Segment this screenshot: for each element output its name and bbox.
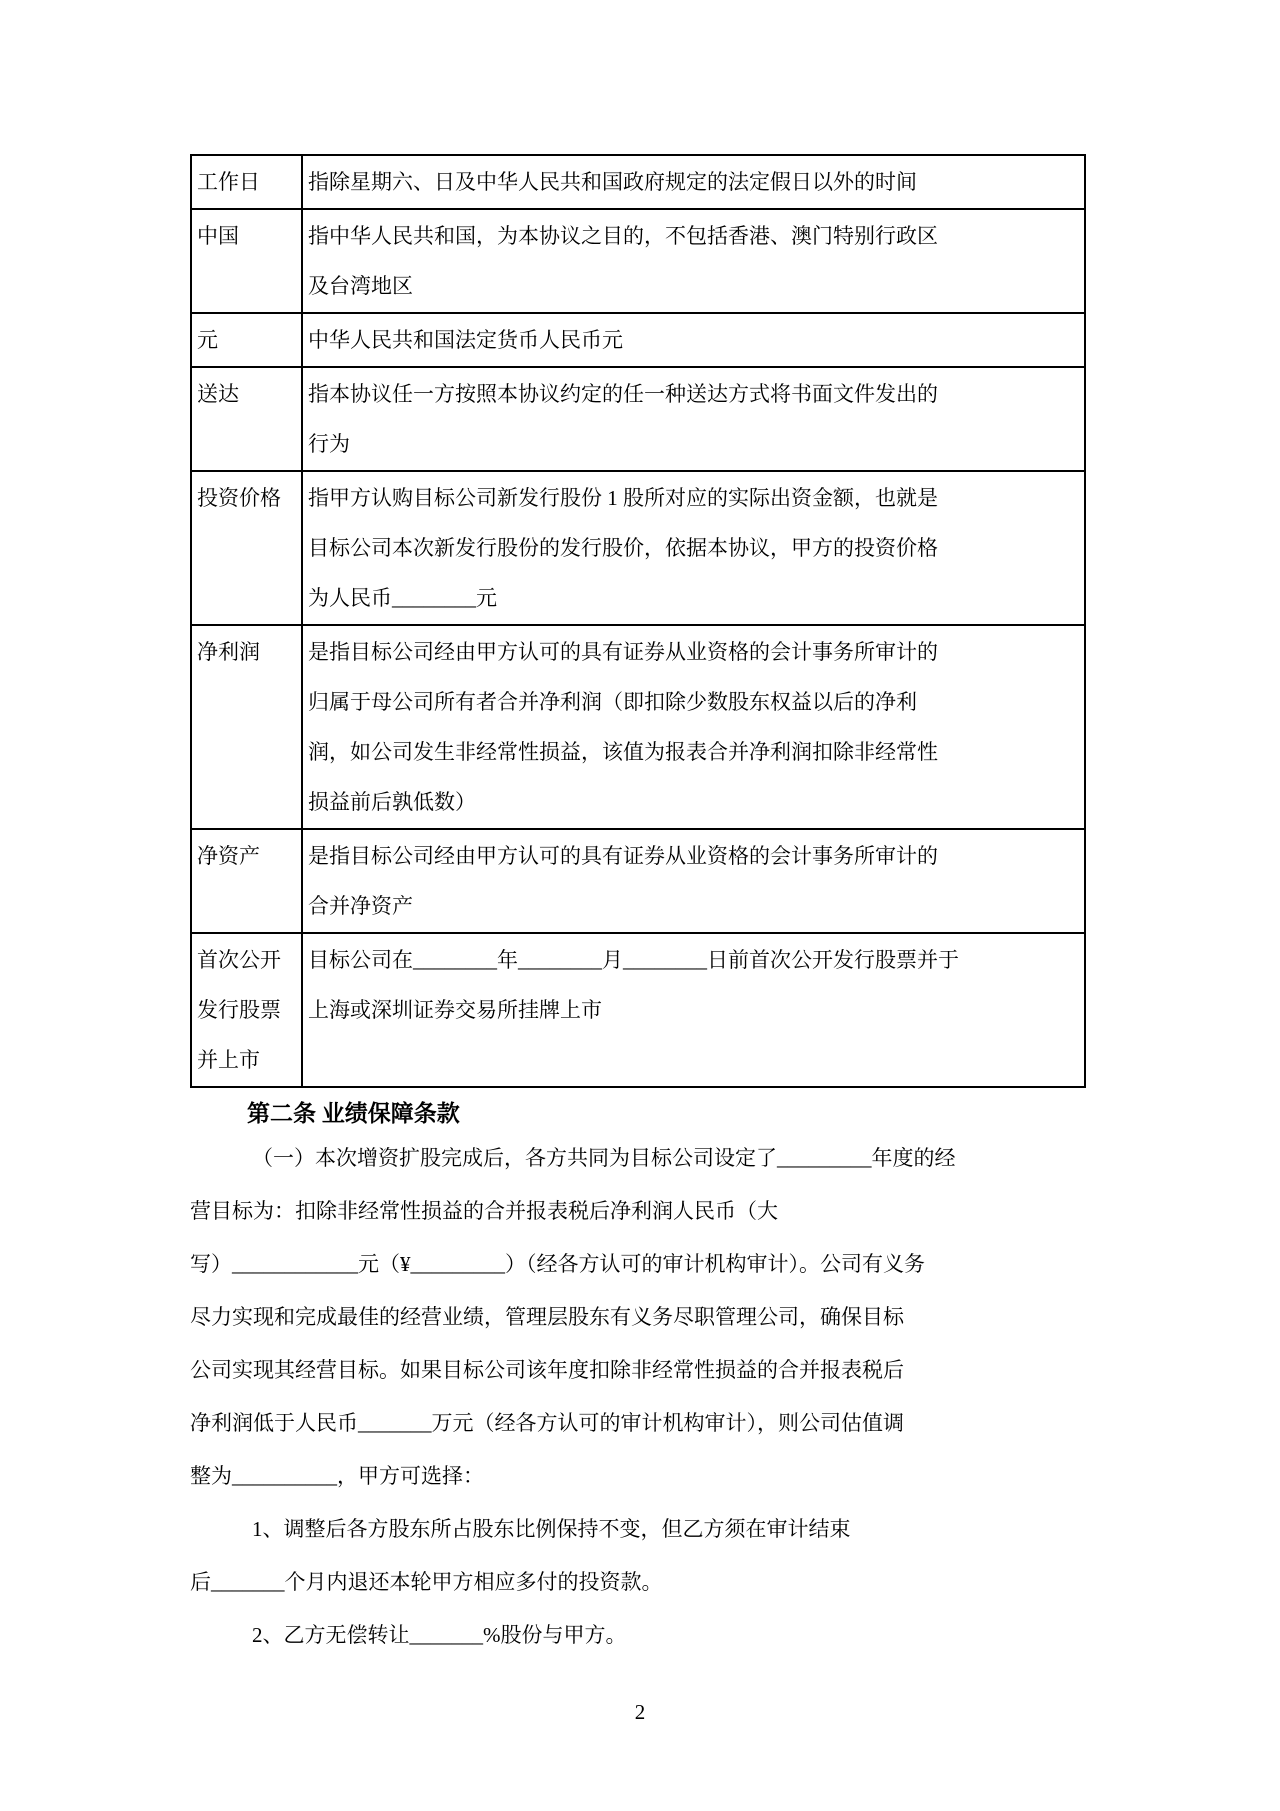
table-row: 首次公开发行股票并上市 目标公司在________年________月_____… [191,933,1085,1087]
definition-cell: 指除星期六、日及中华人民共和国政府规定的法定假日以外的时间 [302,155,1085,209]
term-cell: 工作日 [191,155,302,209]
table-row: 投资价格 指甲方认购目标公司新发行股份 1 股所对应的实际出资金额，也就是 目标… [191,471,1085,625]
definition-cell: 指甲方认购目标公司新发行股份 1 股所对应的实际出资金额，也就是 目标公司本次新… [302,471,1085,625]
term-cell: 首次公开发行股票并上市 [191,933,302,1087]
document-page: 工作日 指除星期六、日及中华人民共和国政府规定的法定假日以外的时间 中国 指中华… [0,0,1280,1811]
term-cell: 净资产 [191,829,302,933]
paragraph-performance-target: （一）本次增资扩股完成后，各方共同为目标公司设定了_________年度的经 营… [190,1132,1090,1503]
table-row: 送达 指本协议任一方按照本协议约定的任一种送达方式将书面文件发出的 行为 [191,367,1085,471]
table-row: 中国 指中华人民共和国，为本协议之目的，不包括香港、澳门特别行政区 及台湾地区 [191,209,1085,313]
definition-cell: 目标公司在________年________月________日前首次公开发行股… [302,933,1085,1087]
table-row: 工作日 指除星期六、日及中华人民共和国政府规定的法定假日以外的时间 [191,155,1085,209]
term-cell: 中国 [191,209,302,313]
option-item-2: 2、乙方无偿转让_______%股份与甲方。 [190,1609,1090,1662]
definition-cell: 是指目标公司经由甲方认可的具有证券从业资格的会计事务所审计的 归属于母公司所有者… [302,625,1085,829]
term-cell: 送达 [191,367,302,471]
term-cell: 净利润 [191,625,302,829]
definition-cell: 中华人民共和国法定货币人民币元 [302,313,1085,367]
definition-cell: 指中华人民共和国，为本协议之目的，不包括香港、澳门特别行政区 及台湾地区 [302,209,1085,313]
definition-cell: 是指目标公司经由甲方认可的具有证券从业资格的会计事务所审计的 合并净资产 [302,829,1085,933]
section-heading: 第二条 业绩保障条款 [247,1096,1090,1132]
term-cell: 投资价格 [191,471,302,625]
page-number: 2 [0,1698,1280,1726]
option-item-1: 1、调整后各方股东所占股东比例保持不变，但乙方须在审计结束 后_______个月… [190,1503,1090,1609]
definitions-table: 工作日 指除星期六、日及中华人民共和国政府规定的法定假日以外的时间 中国 指中华… [190,154,1086,1088]
table-row: 净利润 是指目标公司经由甲方认可的具有证券从业资格的会计事务所审计的 归属于母公… [191,625,1085,829]
table-row: 元 中华人民共和国法定货币人民币元 [191,313,1085,367]
definition-cell: 指本协议任一方按照本协议约定的任一种送达方式将书面文件发出的 行为 [302,367,1085,471]
table-row: 净资产 是指目标公司经由甲方认可的具有证券从业资格的会计事务所审计的 合并净资产 [191,829,1085,933]
term-cell: 元 [191,313,302,367]
